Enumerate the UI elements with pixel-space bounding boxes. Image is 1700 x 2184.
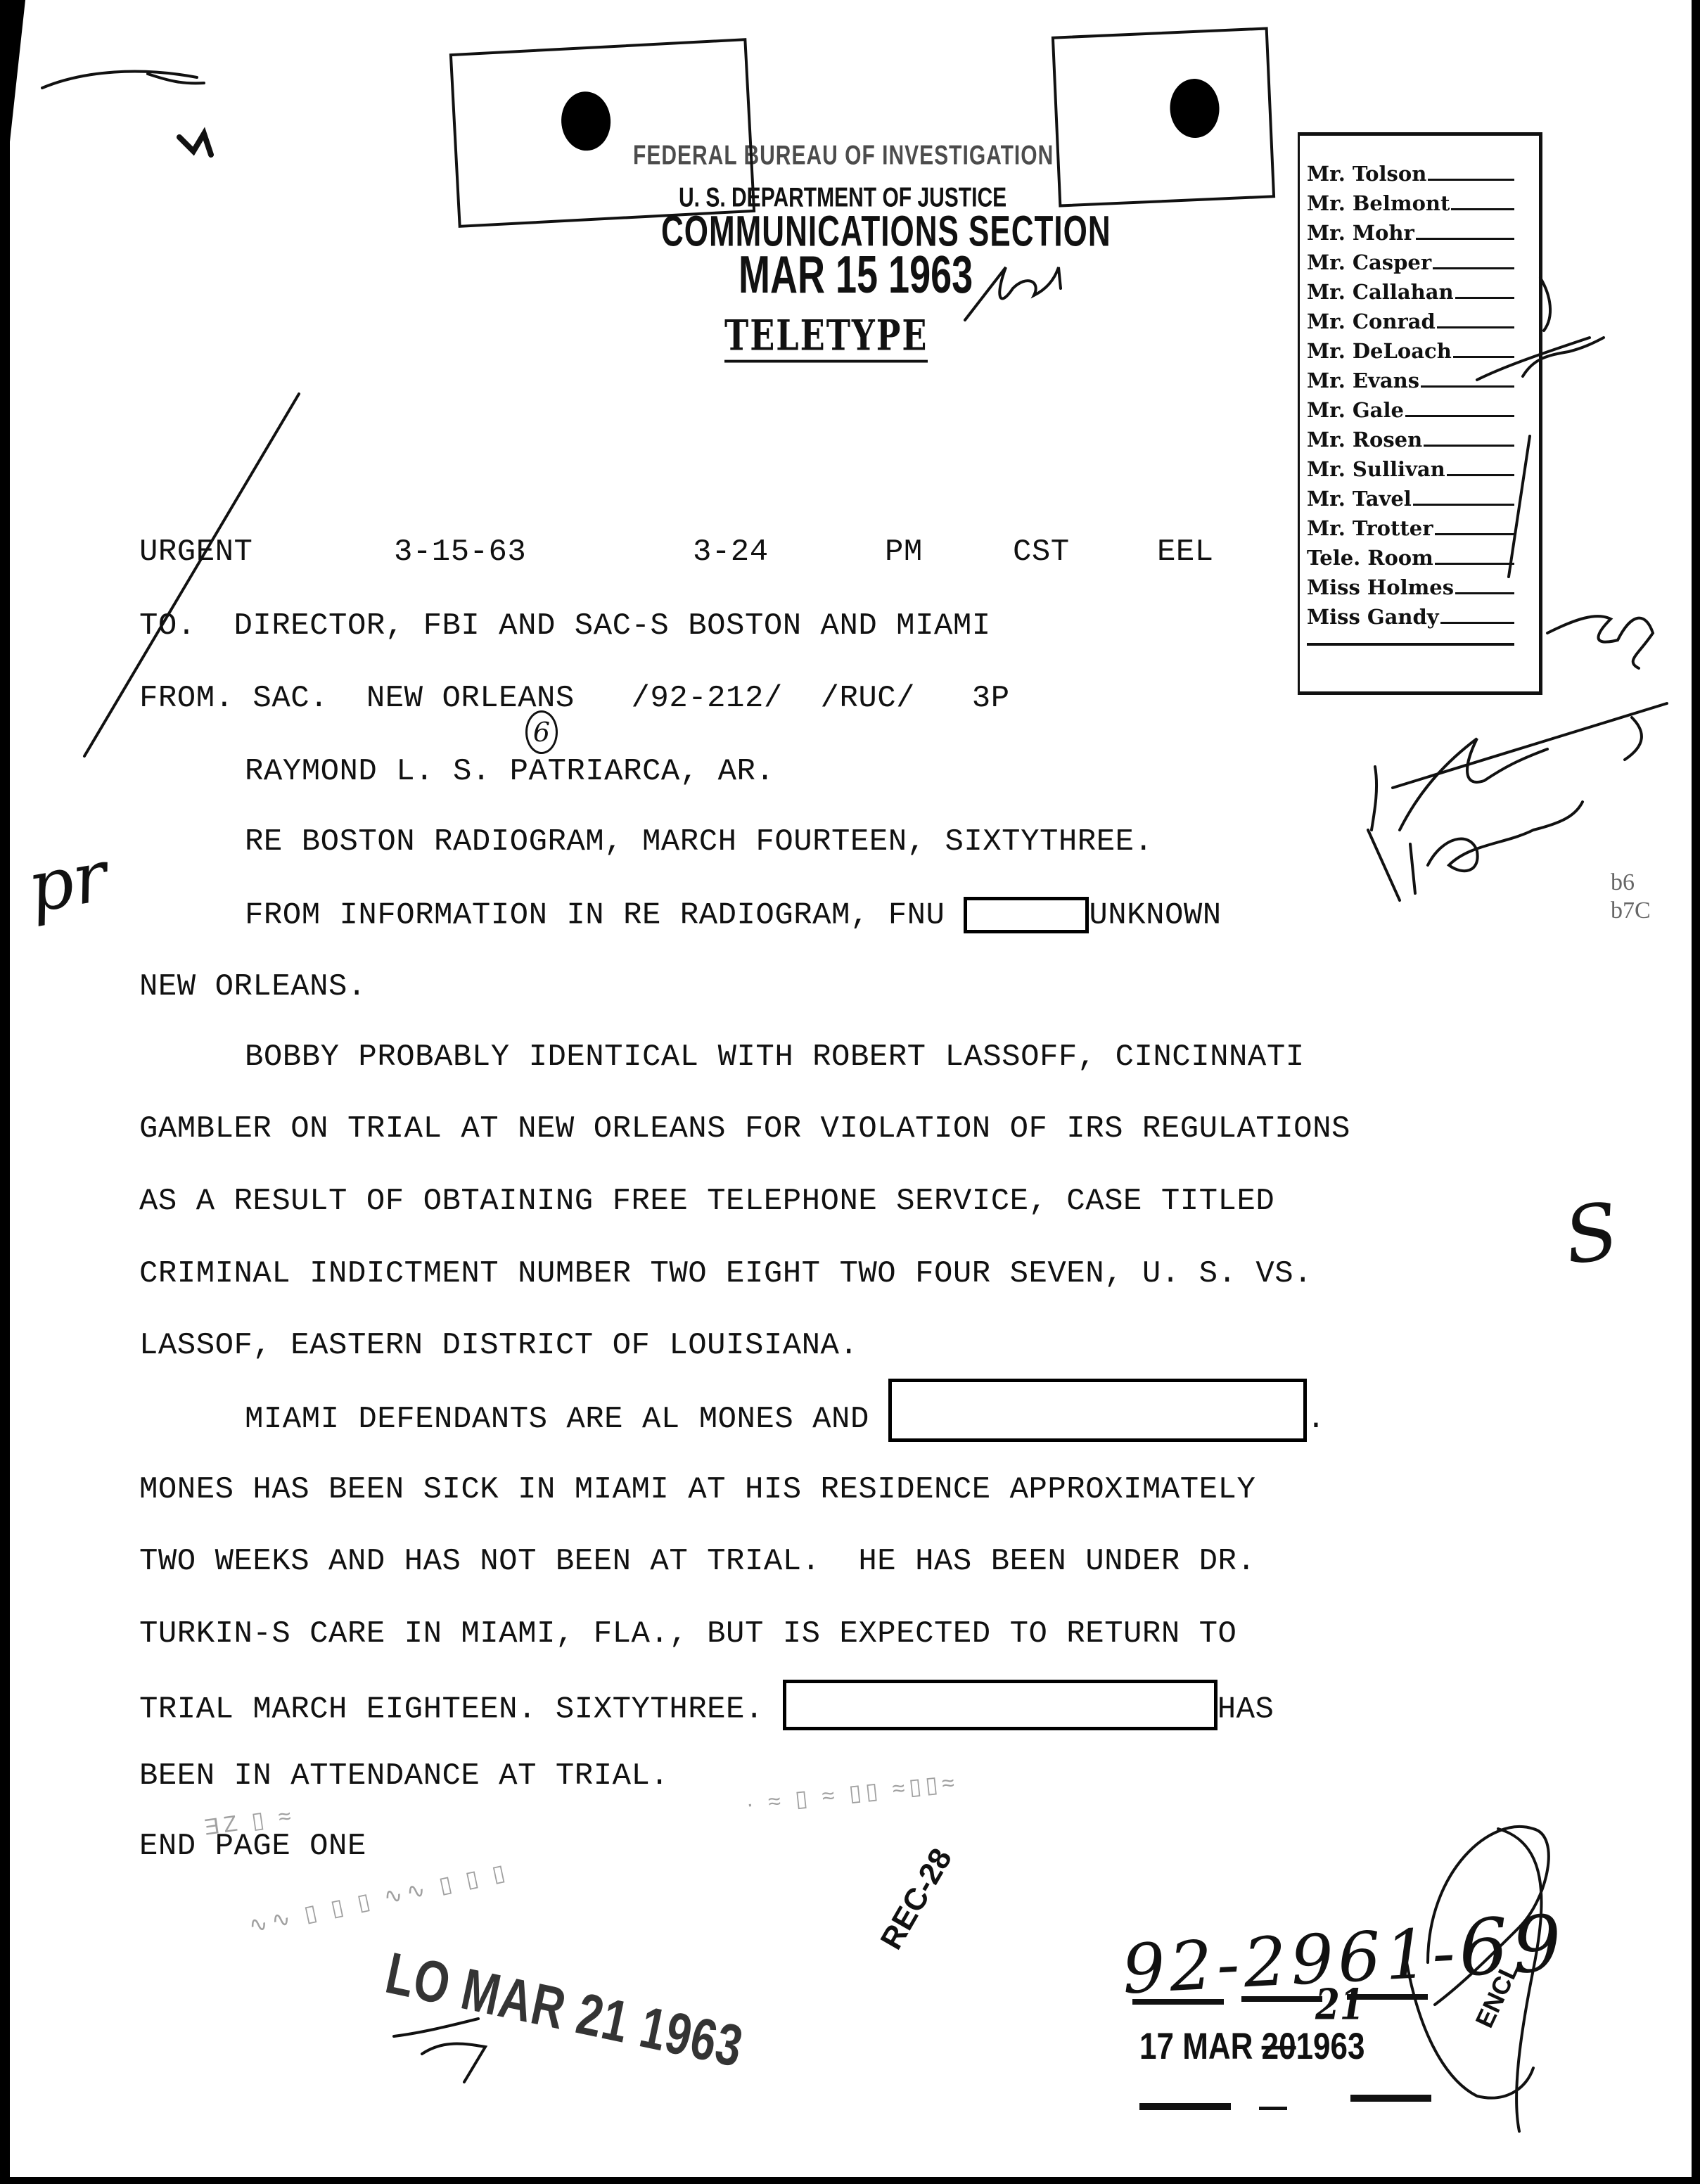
routing-slip-name: Mr. DeLoach bbox=[1307, 339, 1452, 363]
routing-slip-entry: Mr. Gale bbox=[1307, 392, 1514, 422]
handwritten-margin-mark: S bbox=[1559, 1185, 1623, 1282]
file-underline bbox=[1132, 1999, 1224, 2005]
routing-slip-line bbox=[1405, 415, 1514, 417]
routing-slip-line bbox=[1435, 533, 1514, 535]
routing-slip-name: Mr. Mohr bbox=[1307, 221, 1414, 245]
routing-slip-name: Mr. Sullivan bbox=[1307, 457, 1445, 481]
body-text: . bbox=[1307, 1402, 1326, 1437]
routing-slip-name: Mr. Gale bbox=[1307, 398, 1404, 422]
body-line: MONES HAS BEEN SICK IN MIAMI AT HIS RESI… bbox=[139, 1472, 1255, 1507]
routing-slip-line bbox=[1455, 297, 1514, 299]
date-month: MAR bbox=[1182, 2026, 1253, 2067]
routing-slip-entry: Mr. DeLoach bbox=[1307, 333, 1514, 363]
message-time: 3-24 bbox=[693, 535, 769, 570]
routing-slip-entry: Mr. Mohr bbox=[1307, 215, 1514, 245]
routing-slip-name: Mr. Evans bbox=[1307, 369, 1419, 392]
body-line: NEW ORLEANS. bbox=[139, 969, 366, 1004]
routing-slip-list: Mr. TolsonMr. BelmontMr. MohrMr. CasperM… bbox=[1307, 156, 1514, 646]
message-ampm: PM bbox=[885, 535, 923, 570]
message-zone: CST bbox=[1013, 535, 1070, 570]
routing-slip-name: Mr. Rosen bbox=[1307, 428, 1422, 452]
body-line: FROM INFORMATION IN RE RADIOGRAM, FNU UN… bbox=[245, 897, 1222, 933]
routing-slip-line bbox=[1435, 563, 1514, 565]
body-line: TURKIN-S CARE IN MIAMI, FLA., BUT IS EXP… bbox=[139, 1616, 1236, 1652]
routing-slip-entry: Mr. Callahan bbox=[1307, 274, 1514, 304]
routing-slip-line bbox=[1416, 238, 1514, 240]
pen-stroke bbox=[1393, 703, 1667, 788]
file-underline bbox=[1241, 1996, 1322, 2002]
circled-mark: 6 bbox=[525, 710, 558, 754]
operator-code: EEL bbox=[1157, 535, 1214, 570]
routing-slip-name: Tele. Room bbox=[1307, 546, 1433, 570]
routing-slip-line bbox=[1421, 385, 1514, 388]
handwritten-initials: pr bbox=[22, 834, 113, 929]
recorded-date-stamp: LO MAR 21 1963 bbox=[381, 1939, 749, 2080]
faint-stamp-residue: · ≈ ▯ ≈ ▯▯ ≈▯▯≈ bbox=[745, 1768, 960, 1818]
pen-stroke bbox=[1547, 616, 1653, 668]
redaction-box bbox=[964, 897, 1089, 933]
faint-stamp-residue: ∿∿ ▯ ▯ ▯ ∿∿ ▯ ▯ ▯ bbox=[246, 1858, 511, 1939]
routing-slip-entry: Miss Holmes bbox=[1307, 570, 1514, 599]
stamp-date: MAR 21 1963 bbox=[456, 1955, 748, 2079]
body-text: MIAMI DEFENDANTS ARE AL MONES AND bbox=[245, 1402, 888, 1437]
pen-stroke bbox=[1410, 802, 1583, 893]
routing-slip-line bbox=[1453, 356, 1514, 358]
pen-stroke bbox=[42, 72, 204, 88]
routing-slip-line bbox=[1428, 179, 1514, 181]
routing-slip-name: Mr. Belmont bbox=[1307, 191, 1450, 215]
stamp-bar bbox=[1139, 2103, 1231, 2110]
rec-stamp: REC-28 bbox=[874, 1843, 959, 1956]
routing-slip-line bbox=[1424, 445, 1514, 447]
exemption-codes: b6 b7C bbox=[1611, 869, 1651, 925]
to-line: TO. DIRECTOR, FBI AND SAC-S BOSTON AND M… bbox=[139, 608, 991, 644]
body-line: BEEN IN ATTENDANCE AT TRIAL. bbox=[139, 1758, 669, 1794]
subject-line: RAYMOND L. S. PATRIARCA, AR. bbox=[245, 754, 774, 789]
routing-slip-name: Mr. Conrad bbox=[1307, 309, 1436, 333]
body-text: TRIAL MARCH EIGHTEEN. SIXTYTHREE. bbox=[139, 1692, 783, 1728]
stamp-teletype: TELETYPE bbox=[724, 310, 928, 362]
routing-slip-name: Mr. Casper bbox=[1307, 250, 1431, 274]
pen-stroke bbox=[394, 2019, 485, 2082]
punched-tab-right bbox=[1052, 27, 1275, 207]
pen-stroke bbox=[1372, 739, 1547, 830]
scan-border-bottom bbox=[0, 2177, 1700, 2184]
body-text: FROM INFORMATION IN RE RADIOGRAM, FNU bbox=[245, 898, 964, 933]
routing-slip-entry: Mr. Trotter bbox=[1307, 511, 1514, 540]
redaction-box bbox=[888, 1379, 1307, 1442]
body-line: TRIAL MARCH EIGHTEEN. SIXTYTHREE. HAS bbox=[139, 1688, 1274, 1730]
punch-hole bbox=[560, 90, 612, 152]
body-text: UNKNOWN bbox=[1089, 898, 1221, 933]
body-line: AS A RESULT OF OBTAINING FREE TELEPHONE … bbox=[139, 1184, 1274, 1219]
routing-slip-line bbox=[1455, 592, 1514, 594]
routing-slip-entry: Tele. Room bbox=[1307, 540, 1514, 570]
routing-slip-entry: Mr. Evans bbox=[1307, 363, 1514, 392]
routing-slip-line bbox=[1433, 267, 1514, 269]
filed-date-stamp: 17 MAR 201963 21 bbox=[1139, 2026, 1365, 2068]
scan-border-left bbox=[0, 0, 10, 2184]
routing-slip-line bbox=[1437, 326, 1514, 328]
pen-stroke bbox=[179, 134, 211, 155]
punch-hole bbox=[1169, 78, 1221, 139]
pen-stroke bbox=[1368, 830, 1400, 900]
routing-slip-name: Miss Gandy bbox=[1307, 605, 1439, 629]
routing-slip-entry: Mr. Conrad bbox=[1307, 304, 1514, 333]
stamp-bureau-line: FEDERAL BUREAU OF INVESTIGATION bbox=[633, 141, 1054, 172]
date-day-struck: 20 bbox=[1262, 2026, 1296, 2067]
date-prefix: 17 bbox=[1139, 2026, 1174, 2067]
exemption-b7c: b7C bbox=[1611, 897, 1651, 925]
routing-slip-entry: Mr. Casper bbox=[1307, 245, 1514, 274]
routing-slip-entry: Mr. Belmont bbox=[1307, 186, 1514, 215]
stamp-bar bbox=[1259, 2107, 1287, 2110]
exemption-b6: b6 bbox=[1611, 869, 1651, 897]
routing-slip-name: Mr. Tolson bbox=[1307, 162, 1426, 186]
routing-slip-entry: Mr. Tolson bbox=[1307, 156, 1514, 186]
scan-border-right bbox=[1692, 0, 1700, 2184]
routing-slip-line bbox=[1440, 622, 1514, 624]
message-date: 3-15-63 bbox=[394, 535, 526, 570]
pen-stroke bbox=[965, 267, 1061, 320]
body-line: BOBBY PROBABLY IDENTICAL WITH ROBERT LAS… bbox=[245, 1040, 1305, 1075]
body-line: LASSOF, EASTERN DISTRICT OF LOUISIANA. bbox=[139, 1328, 858, 1363]
stamp-received-date: MAR 15 1963 bbox=[739, 245, 973, 306]
routing-slip-name: Mr. Trotter bbox=[1307, 516, 1433, 540]
routing-slip-entry: Mr. Tavel bbox=[1307, 481, 1514, 511]
routing-slip-line bbox=[1447, 474, 1514, 476]
routing-slip-line bbox=[1451, 208, 1514, 210]
date-year: 1963 bbox=[1296, 2026, 1365, 2067]
body-line: CRIMINAL INDICTMENT NUMBER TWO EIGHT TWO… bbox=[139, 1256, 1312, 1291]
routing-slip-entry: Mr. Sullivan bbox=[1307, 452, 1514, 481]
stamp-bar bbox=[1350, 2095, 1431, 2102]
body-line: MIAMI DEFENDANTS ARE AL MONES AND . bbox=[245, 1396, 1326, 1442]
date-day-corrected: 21 bbox=[1315, 1979, 1365, 2029]
body-line: GAMBLER ON TRIAL AT NEW ORLEANS FOR VIOL… bbox=[139, 1111, 1350, 1147]
routing-slip-name: Mr. Callahan bbox=[1307, 280, 1454, 304]
routing-slip-entry: Mr. Rosen bbox=[1307, 422, 1514, 452]
scan-border-wedge bbox=[0, 0, 25, 232]
precedence: URGENT bbox=[139, 535, 253, 570]
redaction-box bbox=[783, 1680, 1218, 1730]
routing-slip-name: Mr. Tavel bbox=[1307, 487, 1412, 511]
body-line: TWO WEEKS AND HAS NOT BEEN AT TRIAL. HE … bbox=[139, 1544, 1255, 1579]
routing-slip-entry: Miss Gandy bbox=[1307, 599, 1514, 629]
routing-slip-name: Miss Holmes bbox=[1307, 575, 1454, 599]
body-line: RE BOSTON RADIOGRAM, MARCH FOURTEEN, SIX… bbox=[245, 824, 1153, 860]
stamp-prefix: LO bbox=[381, 1940, 456, 2017]
body-text: HAS bbox=[1218, 1692, 1274, 1728]
routing-slip-blank-line bbox=[1307, 643, 1514, 646]
routing-slip-line bbox=[1413, 504, 1514, 506]
from-line: FROM. SAC. NEW ORLEANS /92-212/ /RUC/ 3P bbox=[139, 681, 1010, 716]
